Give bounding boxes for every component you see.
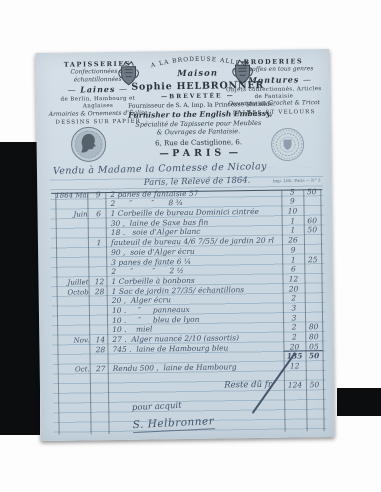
cell-francs: 26: [282, 235, 304, 244]
brand-block: A LA BRODEUSE ALLEMANDE Maison Sophie HE…: [127, 53, 268, 161]
cell-francs: 1: [282, 255, 304, 264]
cell-day: 1: [90, 238, 108, 247]
photo-backdrop-right: [337, 388, 381, 416]
cell-francs: 6: [282, 265, 304, 274]
cell-day: 27: [92, 364, 110, 373]
cell-francs: 20: [283, 284, 305, 293]
cell-day: 28: [91, 287, 109, 296]
cell-francs: 3: [283, 303, 305, 312]
photo-backdrop-left: [0, 142, 40, 435]
cell-francs: 1: [282, 226, 304, 235]
city-line: PARIS: [129, 147, 269, 161]
cell-francs: 9: [281, 197, 303, 206]
arc-title-text: A LA BRODEUSE ALLEMANDE: [137, 53, 248, 70]
cell-francs: 2: [283, 294, 305, 303]
reste-francs: 124: [284, 381, 306, 390]
cell-francs: 1: [282, 216, 304, 225]
cell-day: 6: [89, 209, 107, 218]
portrait-medallion-icon: [70, 126, 107, 166]
cell-date: 1864 Mai: [55, 191, 89, 199]
cell-day: 14: [91, 335, 109, 344]
cell-date: Juin: [56, 210, 90, 218]
svg-text:A LA BRODEUSE ALLEMANDE: A LA BRODEUSE ALLEMANDE: [137, 53, 248, 70]
cell-francs: 2: [283, 332, 305, 341]
cell-centimes: 50: [304, 226, 321, 235]
invoice-paper: TAPISSERIES Confectionnées & échantillon…: [35, 49, 334, 441]
cell-francs: 9: [282, 245, 304, 254]
printer-imprint: Imp. Lith. Paris — N° 3: [272, 178, 320, 183]
ledger-row-list: 1864 Mai 9 2 panes de fantaisie 57 5 50 …: [55, 186, 322, 354]
cell-centimes: 50: [303, 187, 320, 196]
cell-francs: 2: [283, 323, 305, 332]
cell-day: 9: [89, 190, 107, 199]
cell-centimes: 80: [305, 332, 322, 341]
cell-centimes: 25: [304, 255, 321, 264]
arc-title: A LA BRODEUSE ALLEMANDE: [137, 53, 257, 70]
cell-centimes: 80: [305, 322, 322, 331]
cell-centimes: 60: [304, 216, 321, 225]
cell-francs: 12: [282, 274, 304, 283]
cell-date: Nov.: [57, 336, 91, 344]
cell-date: Octob: [57, 288, 91, 296]
ledger-rows: 1864 Mai 9 2 panes de fantaisie 57 5 50 …: [55, 186, 323, 393]
signature-block: pour acquit S. Helbronner: [132, 399, 215, 433]
cell-francs: 10: [281, 206, 303, 215]
cell-date: Oct.: [58, 365, 92, 373]
subtotal-centimes: 50: [305, 350, 322, 360]
cell-day: 28: [91, 345, 109, 354]
cell-francs: 3: [283, 313, 305, 322]
cell-day: 12: [90, 277, 108, 286]
reste-centimes: 50: [306, 381, 323, 390]
brand-maison: Maison: [128, 68, 268, 81]
cell-francs: 5: [281, 187, 303, 196]
ouvrages-line: & Ouvrages de Fantaisie.: [128, 127, 268, 137]
cell-date: Juillet: [56, 278, 90, 286]
